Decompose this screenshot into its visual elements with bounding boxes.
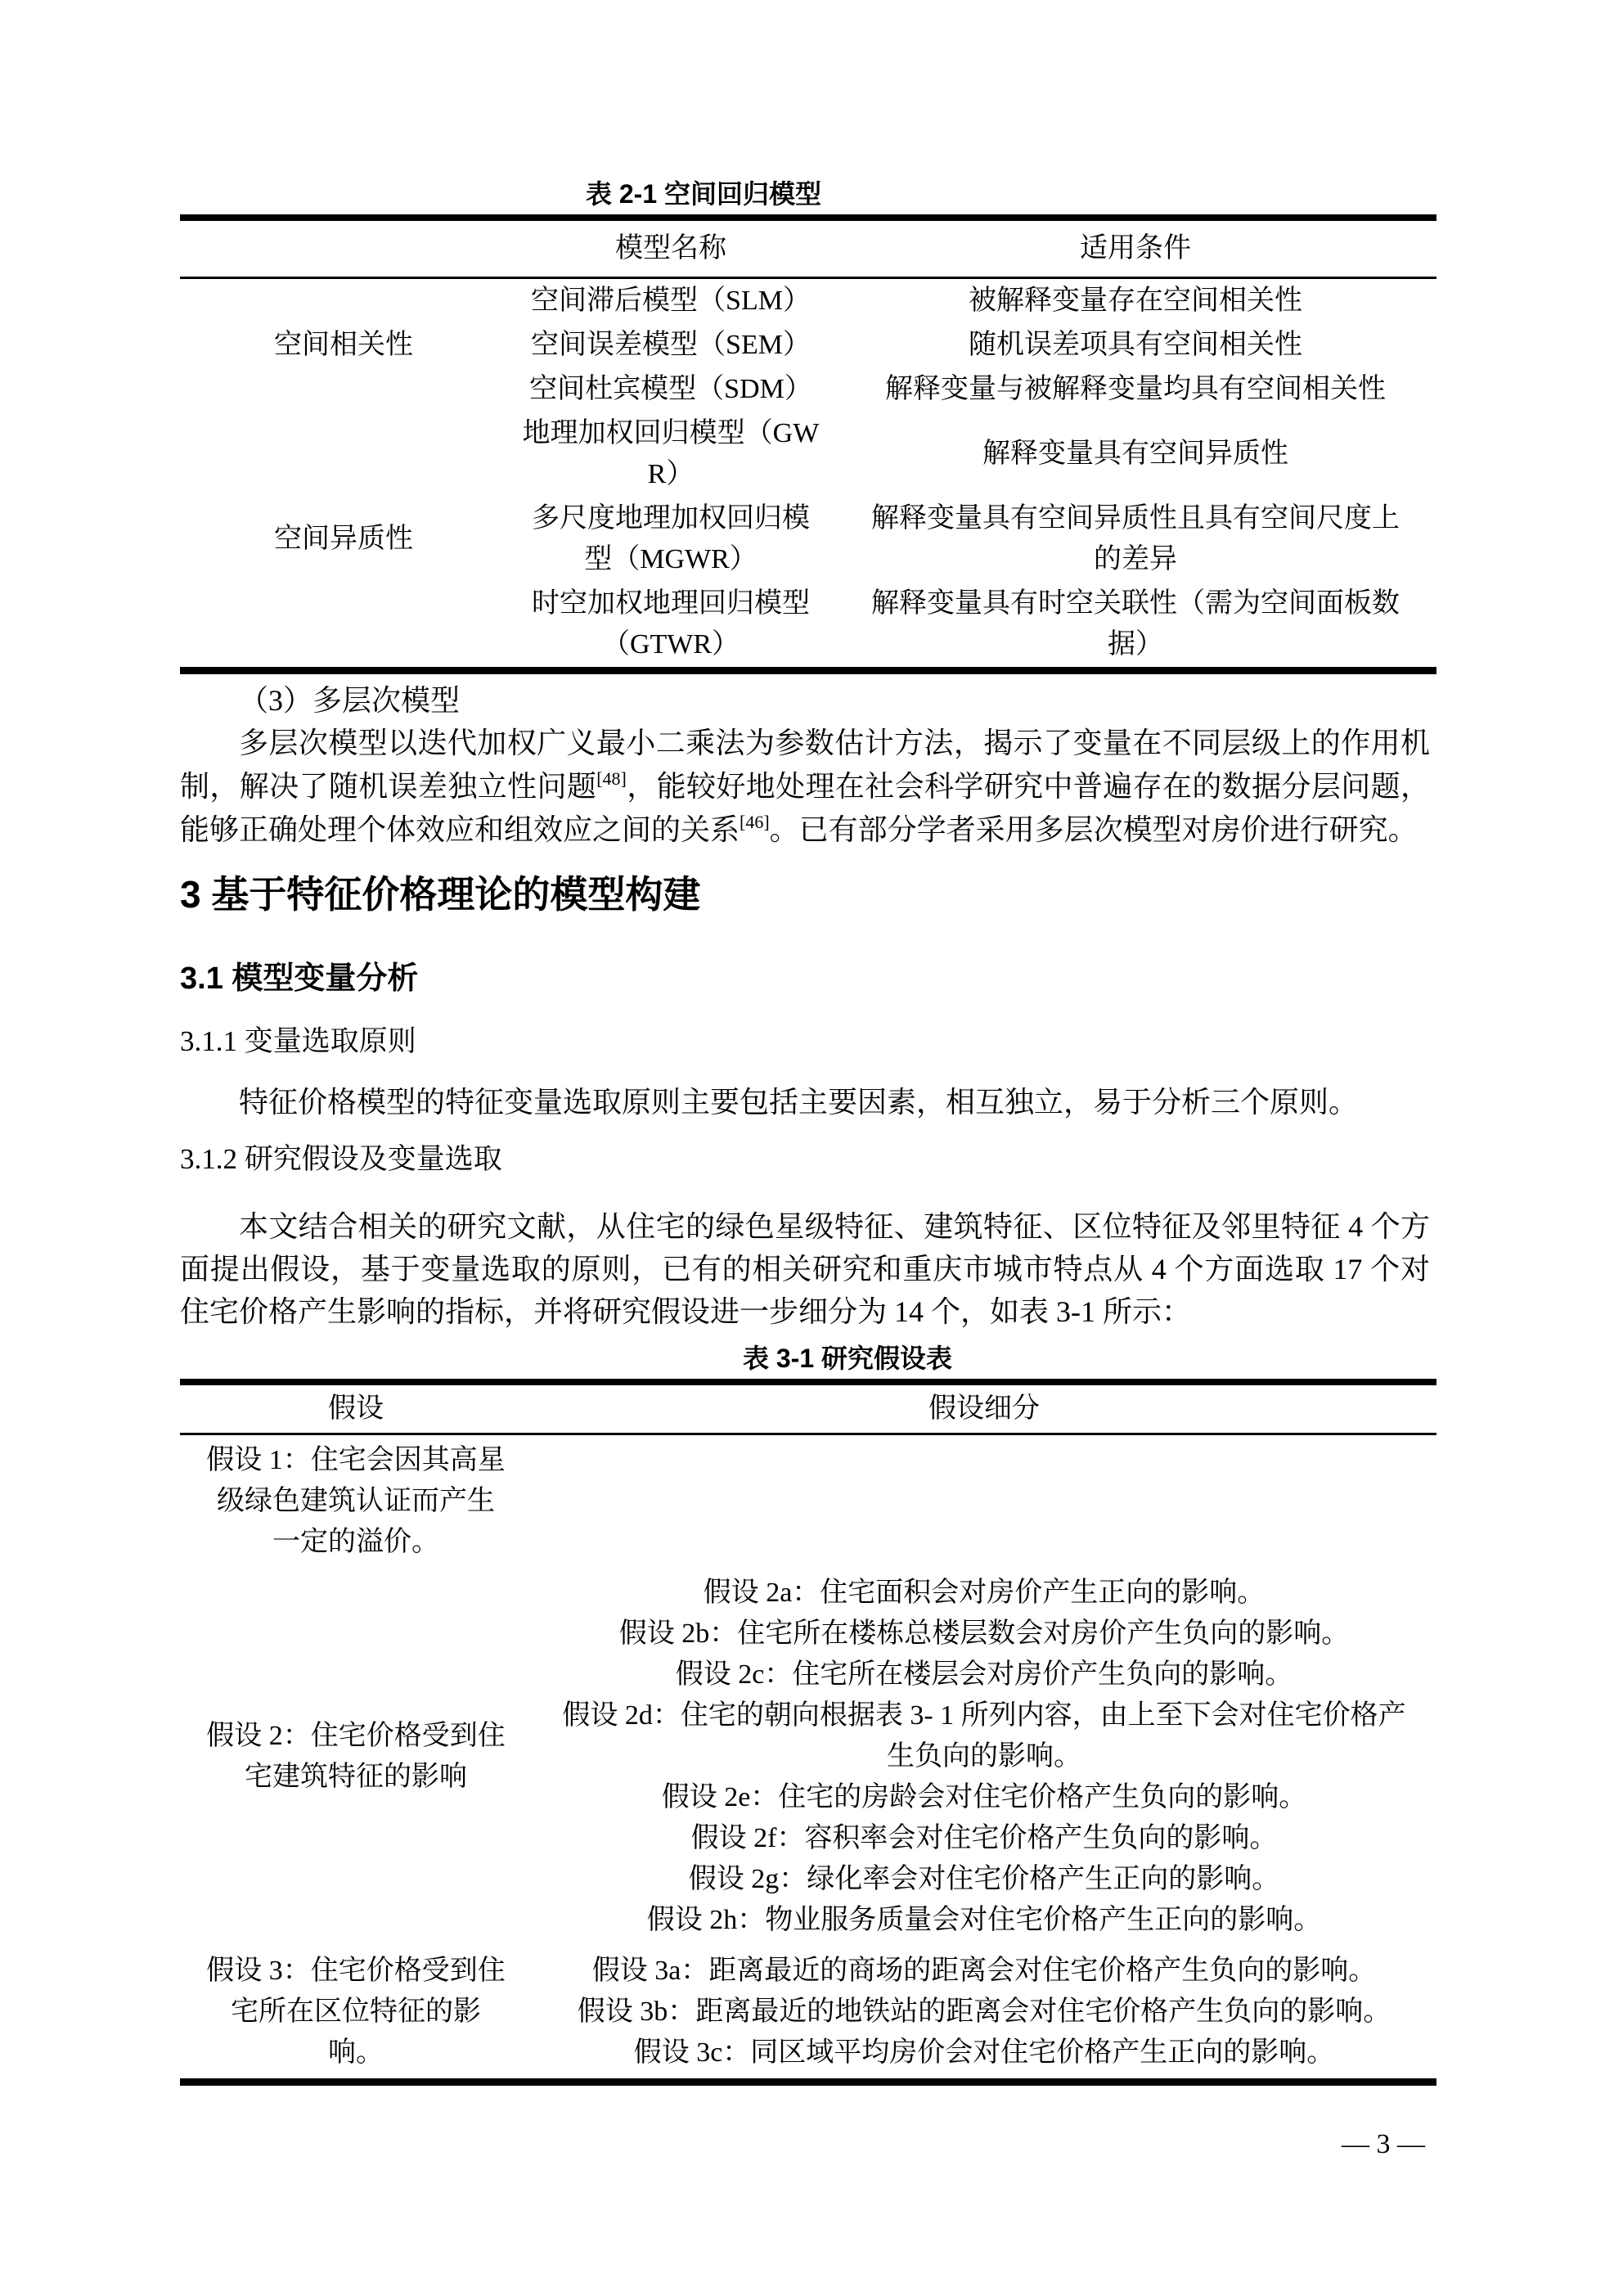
citation-ref: [48] — [596, 768, 627, 789]
category-cell: 空间相关性 — [180, 278, 507, 412]
chapter-heading: 3 基于特征价格理论的模型构建 — [180, 871, 1436, 917]
condition-cell: 解释变量具有空间异质性且具有空间尺度上的差异 — [834, 497, 1436, 582]
paragraph-text: 。已有部分学者采用多层次模型对房价进行研究。 — [770, 813, 1418, 846]
table-row: 假设 2：住宅价格受到住宅建筑特征的影响 假设 2a：住宅面积会对房价产生正向的… — [180, 1568, 1436, 1946]
details-cell: 假设 2a：住宅面积会对房价产生正向的影响。 假设 2b：住宅所在楼栋总楼层数会… — [532, 1568, 1436, 1946]
hypothesis-detail: 假设 2h：物业服务质量会对住宅价格产生正向的影响。 — [551, 1900, 1417, 1941]
model-cell: 空间滞后模型（SLM） — [507, 278, 834, 324]
table-2-1-caption: 表 2-1 空间回归模型 — [75, 177, 1332, 211]
table-3-1: 假设 假设细分 假设 1：住宅会因其高星级绿色建筑认证而产生一定的溢价。 假设 … — [180, 1379, 1436, 2086]
hypothesis-cell: 假设 2：住宅价格受到住宅建筑特征的影响 — [180, 1568, 532, 1946]
hypothesis-detail: 假设 3c：同区域平均房价会对住宅价格产生正向的影响。 — [551, 2033, 1417, 2073]
table-2-1-header-condition: 适用条件 — [834, 218, 1436, 278]
condition-cell: 解释变量具有空间异质性 — [834, 412, 1436, 497]
body-paragraph: 多层次模型以迭代加权广义最小二乘法为参数估计方法，揭示了变量在不同层级上的作用机… — [180, 722, 1430, 852]
condition-cell: 解释变量与被解释变量均具有空间相关性 — [834, 367, 1436, 412]
table-row: 假设 1：住宅会因其高星级绿色建筑认证而产生一定的溢价。 — [180, 1434, 1436, 1569]
subsection-heading: 3.1.2 研究假设及变量选取 — [180, 1141, 1436, 1177]
condition-cell: 被解释变量存在空间相关性 — [834, 278, 1436, 324]
hypothesis-detail: 假设 3a：距离最近的商场的距离会对住宅价格产生负向的影响。 — [551, 1951, 1417, 1992]
hypothesis-cell: 假设 1：住宅会因其高星级绿色建筑认证而产生一定的溢价。 — [180, 1434, 532, 1569]
hypothesis-detail: 假设 2b：住宅所在楼栋总楼层数会对房价产生负向的影响。 — [551, 1614, 1417, 1654]
table-row: 空间异质性 地理加权回归模型（GWR） 解释变量具有空间异质性 — [180, 412, 1436, 497]
document-page: 表 2-1 空间回归模型 模型名称 适用条件 空间相关性 空间滞后模型（SLM）… — [0, 0, 1623, 2296]
table-2-1-header-empty — [180, 218, 507, 278]
table-3-1-header-hypothesis: 假设 — [180, 1382, 532, 1434]
list-item-heading: （3）多层次模型 — [180, 679, 1430, 722]
details-cell: 假设 3a：距离最近的商场的距离会对住宅价格产生负向的影响。 假设 3b：距离最… — [532, 1946, 1436, 2082]
hypothesis-detail: 假设 2d：住宅的朝向根据表 3- 1 所列内容，由上至下会对住宅价格产生负向的… — [551, 1695, 1417, 1777]
hypothesis-cell: 假设 3：住宅价格受到住宅所在区位特征的影响。 — [180, 1946, 532, 2082]
condition-cell: 随机误差项具有空间相关性 — [834, 323, 1436, 367]
table-row: 空间相关性 空间滞后模型（SLM） 被解释变量存在空间相关性 — [180, 278, 1436, 324]
table-row: 假设 3：住宅价格受到住宅所在区位特征的影响。 假设 3a：距离最近的商场的距离… — [180, 1946, 1436, 2082]
hypothesis-detail: 假设 2f：容积率会对住宅价格产生负向的影响。 — [551, 1818, 1417, 1859]
subsection-heading: 3.1.1 变量选取原则 — [180, 1024, 1436, 1060]
model-cell: 时空加权地理回归模型（GTWR） — [507, 582, 834, 671]
body-paragraph: 本文结合相关的研究文献，从住宅的绿色星级特征、建筑特征、区位特征及邻里特征 4 … — [180, 1205, 1430, 1333]
page-number: — 3 — — [180, 2128, 1436, 2161]
table-2-1: 模型名称 适用条件 空间相关性 空间滞后模型（SLM） 被解释变量存在空间相关性… — [180, 214, 1436, 674]
section-heading: 3.1 模型变量分析 — [180, 960, 1436, 997]
model-cell: 多尺度地理加权回归模型（MGWR） — [507, 497, 834, 582]
condition-cell: 解释变量具有时空关联性（需为空间面板数据） — [834, 582, 1436, 671]
table-3-1-header-detail: 假设细分 — [532, 1382, 1436, 1434]
hypothesis-detail: 假设 2g：绿化率会对住宅价格产生正向的影响。 — [551, 1859, 1417, 1900]
table-3-1-caption: 表 3-1 研究假设表 — [219, 1341, 1476, 1375]
hypothesis-detail: 假设 2e：住宅的房龄会对住宅价格产生负向的影响。 — [551, 1777, 1417, 1818]
hypothesis-detail: 假设 2c：住宅所在楼层会对房价产生负向的影响。 — [551, 1654, 1417, 1695]
model-cell: 地理加权回归模型（GWR） — [507, 412, 834, 497]
category-cell: 空间异质性 — [180, 412, 507, 671]
page-content: 表 2-1 空间回归模型 模型名称 适用条件 空间相关性 空间滞后模型（SLM）… — [180, 0, 1436, 2161]
citation-ref: [46] — [740, 812, 770, 832]
table-2-1-header-row: 模型名称 适用条件 — [180, 218, 1436, 278]
body-paragraph: 特征价格模型的特征变量选取原则主要包括主要因素，相互独立，易于分析三个原则。 — [180, 1081, 1436, 1123]
hypothesis-detail: 假设 2a：住宅面积会对房价产生正向的影响。 — [551, 1573, 1417, 1614]
model-cell: 空间误差模型（SEM） — [507, 323, 834, 367]
table-2-1-header-model: 模型名称 — [507, 218, 834, 278]
model-cell: 空间杜宾模型（SDM） — [507, 367, 834, 412]
table-3-1-header-row: 假设 假设细分 — [180, 1382, 1436, 1434]
hypothesis-detail: 假设 3b：距离最近的地铁站的距离会对住宅价格产生负向的影响。 — [551, 1992, 1417, 2033]
details-cell — [532, 1434, 1436, 1569]
